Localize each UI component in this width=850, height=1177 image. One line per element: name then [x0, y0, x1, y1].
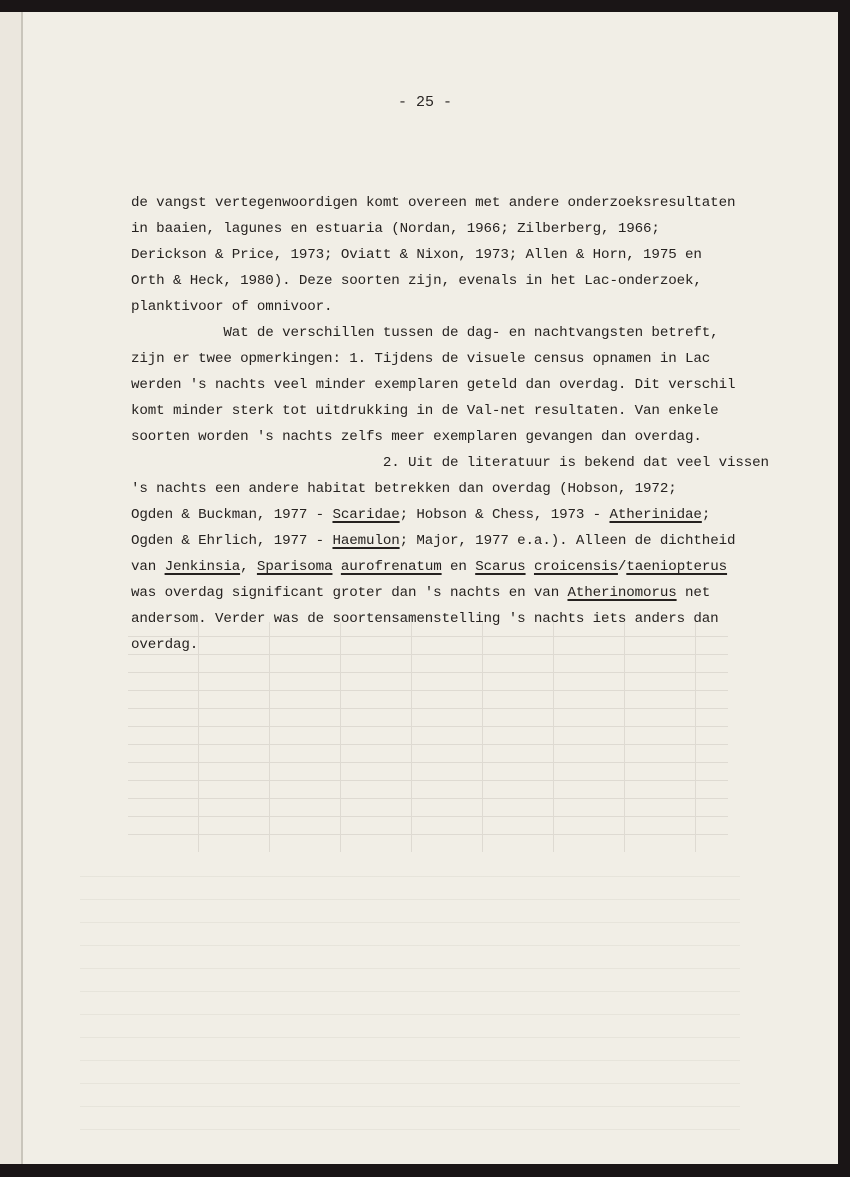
text-line: 2. Uit de literatuur is bekend dat veel … — [131, 450, 741, 476]
page-number: - 25 - — [0, 94, 850, 111]
text-segment: soorten worden 's nachts zelfs meer exem… — [131, 429, 702, 445]
text-line: in baaien, lagunes en estuaria (Nordan, … — [131, 216, 741, 242]
underlined-taxon-name: Jenkinsia — [165, 559, 241, 575]
text-segment: werden 's nachts veel minder exemplaren … — [131, 377, 735, 393]
text-segment: Wat de verschillen tussen de dag- en nac… — [131, 325, 719, 341]
reverse-side-text-showthrough — [80, 862, 740, 1152]
text-segment: Ogden & Buckman, 1977 - — [131, 507, 332, 523]
underlined-taxon-name: Scarus — [475, 559, 525, 575]
text-segment: andersom. Verder was de soortensamenstel… — [131, 611, 719, 627]
text-line: planktivoor of omnivoor. — [131, 294, 741, 320]
text-line: andersom. Verder was de soortensamenstel… — [131, 606, 741, 632]
text-segment: , — [240, 559, 257, 575]
underlined-taxon-name: aurofrenatum — [341, 559, 442, 575]
text-segment — [332, 559, 340, 575]
underlined-taxon-name: Atherinomorus — [567, 585, 676, 601]
text-line: van Jenkinsia, Sparisoma aurofrenatum en… — [131, 554, 741, 580]
text-segment: ; Hobson & Chess, 1973 - — [400, 507, 610, 523]
text-segment: ; — [702, 507, 710, 523]
text-segment: was overdag significant groter dan 's na… — [131, 585, 567, 601]
text-line: werden 's nachts veel minder exemplaren … — [131, 372, 741, 398]
text-line: was overdag significant groter dan 's na… — [131, 580, 741, 606]
binding-edge-line — [21, 12, 23, 1164]
underlined-taxon-name: Scaridae — [332, 507, 399, 523]
text-segment: Orth & Heck, 1980). Deze soorten zijn, e… — [131, 273, 702, 289]
text-segment: en — [442, 559, 476, 575]
underlined-taxon-name: Sparisoma — [257, 559, 333, 575]
underlined-taxon-name: taeniopterus — [626, 559, 727, 575]
underlined-taxon-name: croicensis — [534, 559, 618, 575]
text-segment: Derickson & Price, 1973; Oviatt & Nixon,… — [131, 247, 702, 263]
text-segment: 's nachts een andere habitat betrekken d… — [131, 481, 677, 497]
text-line: Derickson & Price, 1973; Oviatt & Nixon,… — [131, 242, 741, 268]
underlined-taxon-name: Atherinidae — [609, 507, 701, 523]
underlined-taxon-name: Haemulon — [332, 533, 399, 549]
text-segment: komt minder sterk tot uitdrukking in de … — [131, 403, 719, 419]
text-line: overdag. — [131, 632, 741, 658]
text-segment — [526, 559, 534, 575]
text-segment: 2. Uit de literatuur is bekend dat veel … — [131, 455, 769, 471]
text-line: de vangst vertegenwoordigen komt overeen… — [131, 190, 741, 216]
text-segment: in baaien, lagunes en estuaria (Nordan, … — [131, 221, 660, 237]
text-line: Ogden & Buckman, 1977 - Scaridae; Hobson… — [131, 502, 741, 528]
text-segment: overdag. — [131, 637, 198, 653]
body-text: de vangst vertegenwoordigen komt overeen… — [131, 190, 741, 658]
text-line: zijn er twee opmerkingen: 1. Tijdens de … — [131, 346, 741, 372]
text-line: Wat de verschillen tussen de dag- en nac… — [131, 320, 741, 346]
text-segment: de vangst vertegenwoordigen komt overeen… — [131, 195, 735, 211]
text-segment: zijn er twee opmerkingen: 1. Tijdens de … — [131, 351, 710, 367]
text-line: komt minder sterk tot uitdrukking in de … — [131, 398, 741, 424]
text-segment: van — [131, 559, 165, 575]
text-segment: planktivoor of omnivoor. — [131, 299, 332, 315]
text-segment: net — [677, 585, 711, 601]
text-segment: ; Major, 1977 e.a.). Alleen de dichtheid — [400, 533, 736, 549]
text-segment: Ogden & Ehrlich, 1977 - — [131, 533, 332, 549]
page-gutter — [0, 12, 21, 1164]
text-line: Ogden & Ehrlich, 1977 - Haemulon; Major,… — [131, 528, 741, 554]
text-line: soorten worden 's nachts zelfs meer exem… — [131, 424, 741, 450]
text-line: Orth & Heck, 1980). Deze soorten zijn, e… — [131, 268, 741, 294]
text-line: 's nachts een andere habitat betrekken d… — [131, 476, 741, 502]
